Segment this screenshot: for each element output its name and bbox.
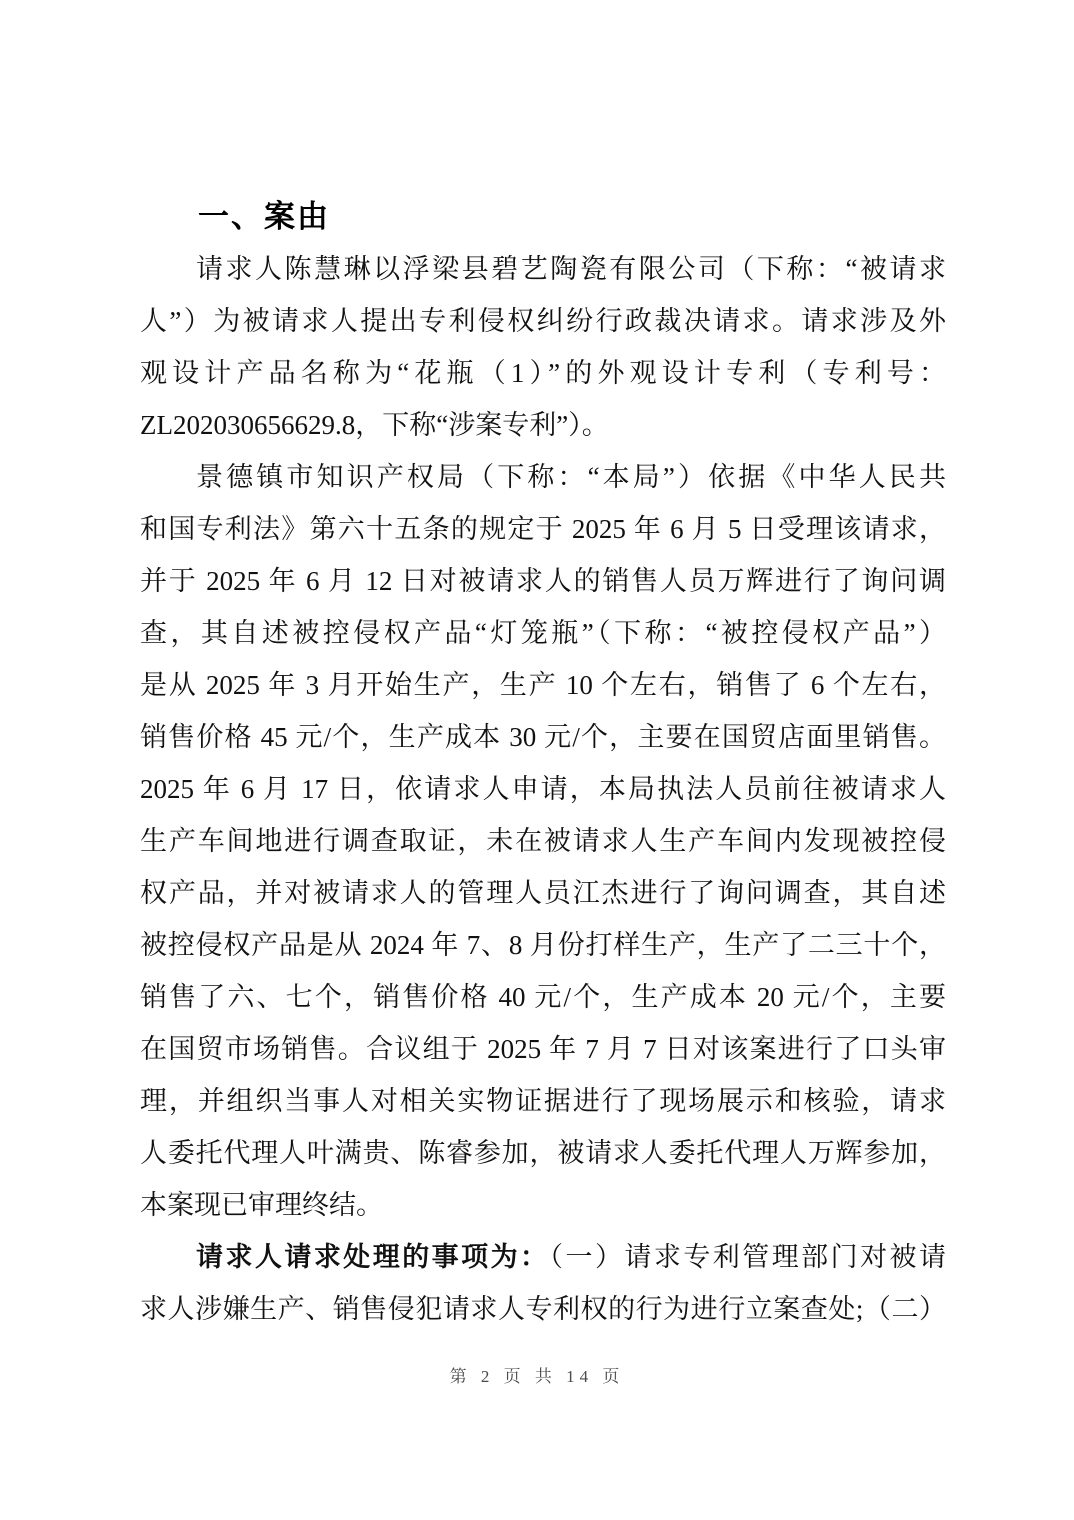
paragraph-line: 理，并组织当事人对相关实物证据进行了现场展示和核验，请求 [140,1075,946,1127]
paragraph-line: 人委托代理人叶满贵、陈睿参加，被请求人委托代理人万辉参加， [140,1127,946,1179]
paragraph-line: 景德镇市知识产权局（下称：“本局”）依据《中华人民共 [140,451,946,503]
document-page: 一、案由 请求人陈慧琳以浮梁县碧艺陶瓷有限公司（下称：“被请求 人”）为被请求人… [0,0,1074,1520]
paragraph-request-items: 请求人请求处理的事项为：（一）请求专利管理部门对被请 求人涉嫌生产、销售侵犯请求… [140,1231,946,1335]
bold-lead-text: 请求人请求处理的事项为： [196,1242,550,1272]
paragraph-line: 观设计产品名称为“花瓶（1）”的外观设计专利（专利号： [140,347,946,399]
paragraph-line-text: （一）请求专利管理部门对被请 [550,1242,946,1272]
page-number-footer: 第 2 页 共 14 页 [0,1362,1074,1387]
paragraph-line: 查，其自述被控侵权产品“灯笼瓶”（下称：“被控侵权产品”） [140,607,946,659]
paragraph-line: 销售了六、七个，销售价格 40 元/个，生产成本 20 元/个，主要 [140,971,946,1023]
paragraph-line: ZL202030656629.8，下称“涉案专利”）。 [140,399,946,451]
paragraph-line: 被控侵权产品是从 2024 年 7、8 月份打样生产，生产了二三十个， [140,919,946,971]
paragraph-line: 是从 2025 年 3 月开始生产，生产 10 个左右，销售了 6 个左右， [140,659,946,711]
paragraph-line: 本案现已审理终结。 [140,1179,946,1231]
paragraph-case-intro: 请求人陈慧琳以浮梁县碧艺陶瓷有限公司（下称：“被请求 人”）为被请求人提出专利侵… [140,243,946,451]
paragraph-line: 和国专利法》第六十五条的规定于 2025 年 6 月 5 日受理该请求， [140,503,946,555]
paragraph-line: 生产车间地进行调查取证，未在被请求人生产车间内发现被控侵 [140,815,946,867]
paragraph-line: 并于 2025 年 6 月 12 日对被请求人的销售人员万辉进行了询问调 [140,555,946,607]
paragraph-line: 求人涉嫌生产、销售侵犯请求人专利权的行为进行立案查处;（二） [140,1283,946,1335]
paragraph-line: 2025 年 6 月 17 日，依请求人申请，本局执法人员前往被请求人 [140,763,946,815]
paragraph-line: 权产品，并对被请求人的管理人员江杰进行了询问调查，其自述 [140,867,946,919]
paragraph-line: 销售价格 45 元/个，生产成本 30 元/个，主要在国贸店面里销售。 [140,711,946,763]
paragraph-line: 人”）为被请求人提出专利侵权纠纷行政裁决请求。请求涉及外 [140,295,946,347]
document-body: 一、案由 请求人陈慧琳以浮梁县碧艺陶瓷有限公司（下称：“被请求 人”）为被请求人… [140,191,946,1335]
paragraph-case-handling: 景德镇市知识产权局（下称：“本局”）依据《中华人民共 和国专利法》第六十五条的规… [140,451,946,1231]
paragraph-line: 请求人请求处理的事项为：（一）请求专利管理部门对被请 [140,1231,946,1283]
paragraph-line: 请求人陈慧琳以浮梁县碧艺陶瓷有限公司（下称：“被请求 [140,243,946,295]
paragraph-line: 在国贸市场销售。合议组于 2025 年 7 月 7 日对该案进行了口头审 [140,1023,946,1075]
section-heading: 一、案由 [140,191,946,243]
